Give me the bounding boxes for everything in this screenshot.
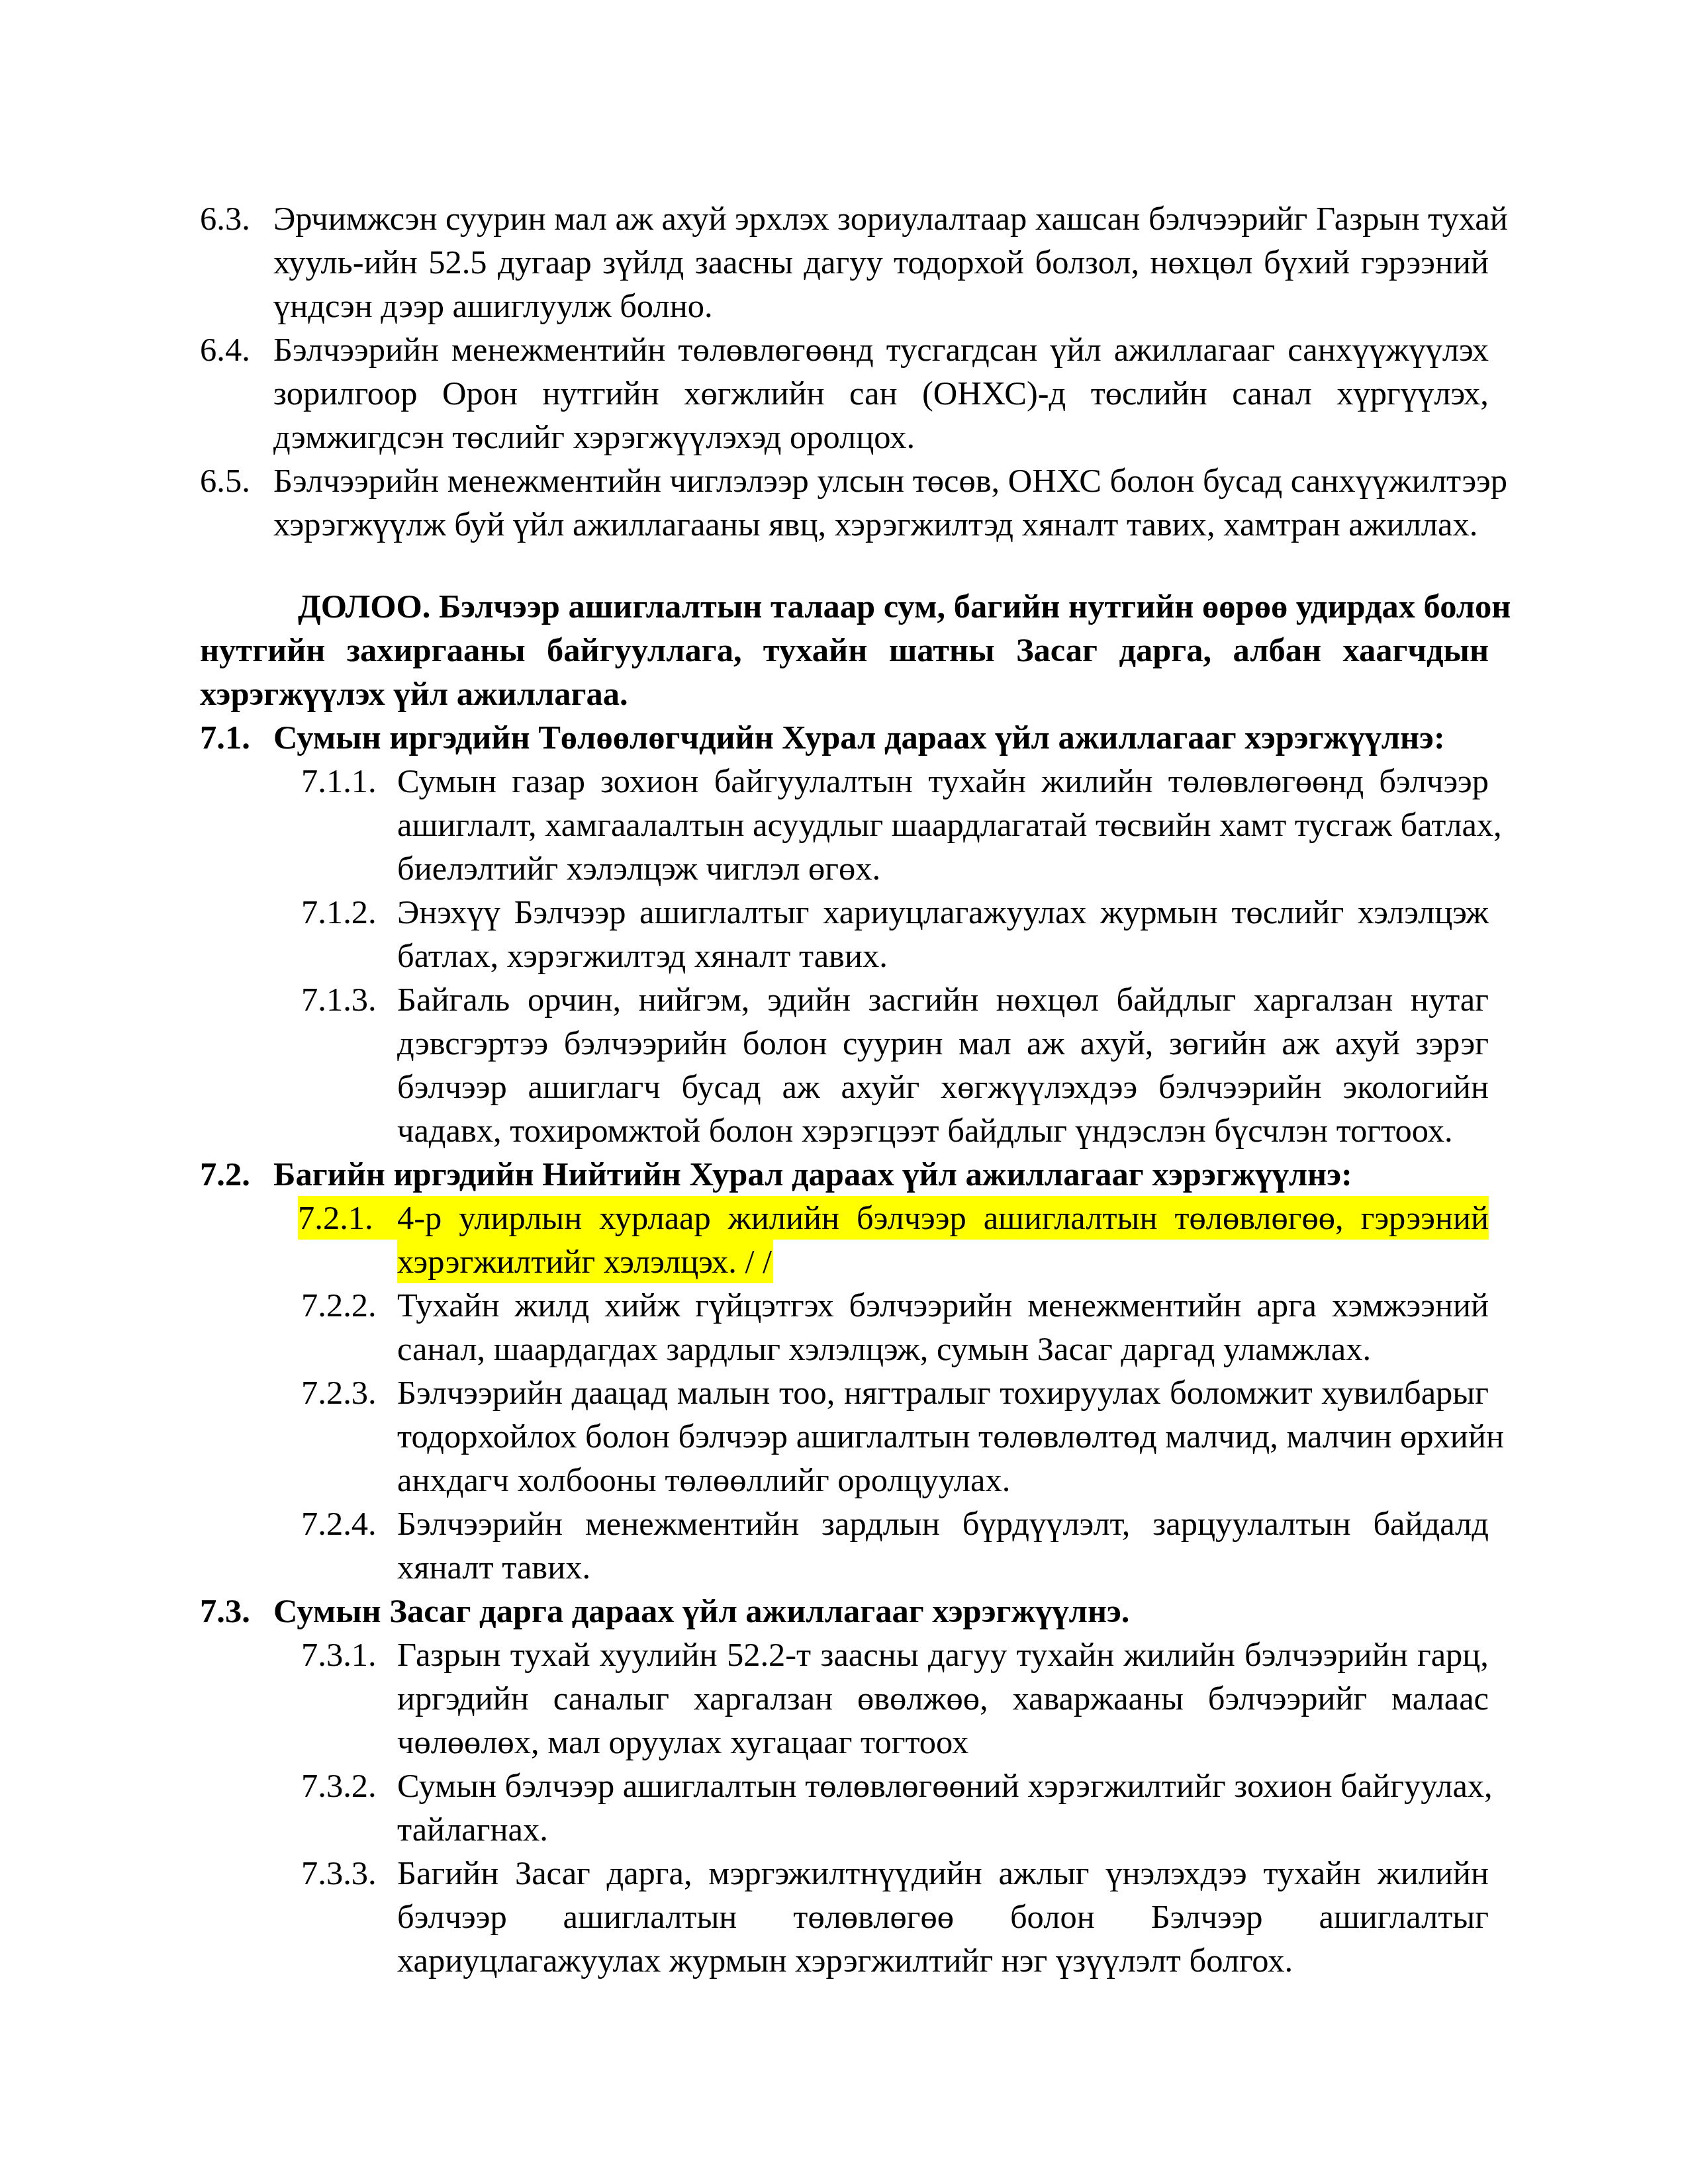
paragraph-line-text: зорилгоор Орон нутгийн хөгжлийн сан (ОНХ… — [273, 371, 1489, 415]
subitem-line-text: Багийн Засаг дарга, мэргэжилтнүүдийн ажл… — [397, 1851, 1489, 1895]
subitem-line: Газрын тухай хуулийн 52.2-т заасны дагуу… — [397, 1633, 1489, 1676]
paragraph-line: Эрчимжсэн суурин мал аж ахуй эрхлэх зори… — [273, 197, 1489, 240]
subitem-line: чадавх, тохиромжтой болон хэрэгцээт байд… — [397, 1109, 1489, 1152]
subitem-line-text: Байгаль орчин, нийгэм, эдийн засгийн нөх… — [397, 978, 1489, 1021]
subitem-line-text: чөлөөлөх, мал оруулах хугацааг тогтоох — [397, 1720, 1489, 1764]
subitem-line: дэвсгэртээ бэлчээрийн болон суурин мал а… — [397, 1021, 1489, 1065]
chapter-heading-line: хэрэгжүүлэх үйл ажиллагаа. — [200, 672, 1489, 715]
subitem-line: Сумын газар зохион байгуулалтын тухайн ж… — [397, 759, 1489, 803]
paragraph-line-text: хэрэгжүүлж буй үйл ажиллагааны явц, хэрэ… — [273, 502, 1489, 546]
subitem-line-text: Сумын газар зохион байгуулалтын тухайн ж… — [397, 759, 1489, 803]
subitem-line-text: 4-р улирлын хурлаар жилийн бэлчээр ашигл… — [397, 1196, 1489, 1240]
subitem-line-text: Тухайн жилд хийж гүйцэтгэх бэлчээрийн ме… — [397, 1283, 1489, 1327]
chapter-heading-line: ДОЛОО. Бэлчээр ашиглалтын талаар сум, ба… — [298, 584, 1489, 628]
section-title: Багийн иргэдийн Нийтийн Хурал дараах үйл… — [273, 1152, 1489, 1196]
paragraph-line: Бэлчээрийн менежментийн төлөвлөгөөнд тус… — [273, 328, 1489, 371]
subitem-line: Энэхүү Бэлчээр ашиглалтыг хариуцлагажуул… — [397, 890, 1489, 934]
subitem-line: анхдагч холбооны төлөөллийг оролцуулах. — [397, 1458, 1489, 1502]
subitem-line-text: Энэхүү Бэлчээр ашиглалтыг хариуцлагажуул… — [397, 890, 1489, 934]
subitem-line-text: санал, шаардагдах зардлыг хэлэлцэж, сумы… — [397, 1327, 1489, 1371]
paragraph-line-text: Бэлчээрийн менежментийн төлөвлөгөөнд тус… — [273, 328, 1489, 371]
subitem-line-text: хэрэгжилтийг хэлэлцэх. / / — [397, 1240, 772, 1283]
subitem-line: хяналт тавих. — [397, 1545, 1489, 1589]
subitem-number: 7.2.3. — [301, 1371, 377, 1414]
item-number: 6.5. — [200, 459, 250, 502]
paragraph-line-text: дэмжигдсэн төслийг хэрэгжүүлэхэд оролцох… — [273, 415, 1489, 459]
subitem-line: бэлчээр ашиглалтын төлөвлөгөө болон Бэлч… — [397, 1895, 1489, 1938]
subitem-line-text: тодорхойлох болон бэлчээр ашиглалтын төл… — [397, 1414, 1489, 1458]
subitem-number: 7.2.2. — [301, 1283, 377, 1327]
subitem-line-text: иргэдийн саналыг харгалзан өвөлжөө, хава… — [397, 1676, 1489, 1720]
subitem-line: санал, шаардагдах зардлыг хэлэлцэж, сумы… — [397, 1327, 1489, 1371]
subitem-number: 7.1.3. — [301, 978, 377, 1021]
section-title-text: Сумын иргэдийн Төлөөлөгчдийн Хурал дараа… — [273, 715, 1489, 759]
subitem-line-text: Бэлчээрийн даацад малын тоо, нягтралыг т… — [397, 1371, 1489, 1414]
subitem-number: 7.2.1. — [298, 1196, 397, 1240]
paragraph-line: зорилгоор Орон нутгийн хөгжлийн сан (ОНХ… — [273, 371, 1489, 415]
subitem-line-text: тайлагнах. — [397, 1807, 1489, 1851]
subitem-number: 7.3.3. — [301, 1851, 377, 1895]
subitem-number: 7.3.1. — [301, 1633, 377, 1676]
subitem-line-text: ашиглалт, хамгаалалтын асуудлыг шаардлаг… — [397, 803, 1489, 846]
subitem-line: 4-р улирлын хурлаар жилийн бэлчээр ашигл… — [397, 1196, 1489, 1240]
subitem-line: чөлөөлөх, мал оруулах хугацааг тогтоох — [397, 1720, 1489, 1764]
subitem-number: 7.3.2. — [301, 1764, 377, 1807]
subitem-line-text: хариуцлагажуулах журмын хэрэгжилтийг нэг… — [397, 1938, 1489, 1982]
subitem-line-text: анхдагч холбооны төлөөллийг оролцуулах. — [397, 1458, 1489, 1502]
chapter-heading-line-text: ДОЛОО. Бэлчээр ашиглалтын талаар сум, ба… — [298, 584, 1489, 628]
paragraph-line-text: үндсэн дээр ашиглуулж болно. — [273, 284, 1489, 328]
section-title: Сумын Засаг дарга дараах үйл ажиллагааг … — [273, 1589, 1489, 1633]
paragraph-line-text: хууль-ийн 52.5 дугаар зүйлд заасны дагуу… — [273, 240, 1489, 284]
item-number: 6.3. — [200, 197, 250, 240]
subitem-line: хариуцлагажуулах журмын хэрэгжилтийг нэг… — [397, 1938, 1489, 1982]
subitem-line: Сумын бэлчээр ашиглалтын төлөвлөгөөний х… — [397, 1764, 1489, 1807]
item-number: 6.4. — [200, 328, 250, 371]
subitem-number: 7.1.2. — [301, 890, 377, 934]
chapter-heading-line-text: нутгийн захиргааны байгууллага, тухайн ш… — [200, 628, 1489, 672]
subitem-line: иргэдийн саналыг харгалзан өвөлжөө, хава… — [397, 1676, 1489, 1720]
subitem-line-text: бэлчээр ашиглагч бусад аж ахуйг хөгжүүлэ… — [397, 1065, 1489, 1109]
section-title-text: Багийн иргэдийн Нийтийн Хурал дараах үйл… — [273, 1152, 1489, 1196]
chapter-heading-line: нутгийн захиргааны байгууллага, тухайн ш… — [200, 628, 1489, 672]
subitem-line: Багийн Засаг дарга, мэргэжилтнүүдийн ажл… — [397, 1851, 1489, 1895]
subitem-line-text: Газрын тухай хуулийн 52.2-т заасны дагуу… — [397, 1633, 1489, 1676]
subitem-line: Бэлчээрийн менежментийн зардлын бүрдүүлэ… — [397, 1502, 1489, 1545]
section-title: Сумын иргэдийн Төлөөлөгчдийн Хурал дараа… — [273, 715, 1489, 759]
subitem-line-text: Сумын бэлчээр ашиглалтын төлөвлөгөөний х… — [397, 1764, 1489, 1807]
section-number: 7.1. — [200, 715, 250, 759]
subitem-line-text: чадавх, тохиромжтой болон хэрэгцээт байд… — [397, 1109, 1489, 1152]
subitem-line: тодорхойлох болон бэлчээр ашиглалтын төл… — [397, 1414, 1489, 1458]
subitem-line: биелэлтийг хэлэлцэж чиглэл өгөх. — [397, 846, 1489, 890]
paragraph-line: хэрэгжүүлж буй үйл ажиллагааны явц, хэрэ… — [273, 502, 1489, 546]
subitem-line: бэлчээр ашиглагч бусад аж ахуйг хөгжүүлэ… — [397, 1065, 1489, 1109]
section-number: 7.2. — [200, 1152, 250, 1196]
subitem-line: хэрэгжилтийг хэлэлцэх. / / — [397, 1240, 773, 1283]
paragraph-line: хууль-ийн 52.5 дугаар зүйлд заасны дагуу… — [273, 240, 1489, 284]
subitem-line-text: батлах, хэрэгжилтэд хяналт тавих. — [397, 934, 1489, 978]
section-title-text: Сумын Засаг дарга дараах үйл ажиллагааг … — [273, 1589, 1489, 1633]
paragraph-line: Бэлчээрийн менежментийн чиглэлээр улсын … — [273, 459, 1489, 502]
paragraph-line-text: Эрчимжсэн суурин мал аж ахуй эрхлэх зори… — [273, 197, 1489, 240]
subitem-line: Байгаль орчин, нийгэм, эдийн засгийн нөх… — [397, 978, 1489, 1021]
subitem-number: 7.2.4. — [301, 1502, 377, 1545]
chapter-heading-line-text: хэрэгжүүлэх үйл ажиллагаа. — [200, 672, 1489, 715]
subitem-line: батлах, хэрэгжилтэд хяналт тавих. — [397, 934, 1489, 978]
paragraph-line: үндсэн дээр ашиглуулж болно. — [273, 284, 1489, 328]
paragraph-line: дэмжигдсэн төслийг хэрэгжүүлэхэд оролцох… — [273, 415, 1489, 459]
subitem-line: ашиглалт, хамгаалалтын асуудлыг шаардлаг… — [397, 803, 1489, 846]
paragraph-line-text: Бэлчээрийн менежментийн чиглэлээр улсын … — [273, 459, 1489, 502]
subitem-number: 7.1.1. — [301, 759, 377, 803]
document-page: 6.3.Эрчимжсэн суурин мал аж ахуй эрхлэх … — [0, 0, 1688, 2184]
subitem-line-text: хяналт тавих. — [397, 1545, 1489, 1589]
subitem-line-text: Бэлчээрийн менежментийн зардлын бүрдүүлэ… — [397, 1502, 1489, 1545]
subitem-line-text: дэвсгэртээ бэлчээрийн болон суурин мал а… — [397, 1021, 1489, 1065]
subitem-line: тайлагнах. — [397, 1807, 1489, 1851]
subitem-line: Тухайн жилд хийж гүйцэтгэх бэлчээрийн ме… — [397, 1283, 1489, 1327]
section-number: 7.3. — [200, 1589, 250, 1633]
subitem-line-text: бэлчээр ашиглалтын төлөвлөгөө болон Бэлч… — [397, 1895, 1489, 1938]
subitem-line: Бэлчээрийн даацад малын тоо, нягтралыг т… — [397, 1371, 1489, 1414]
subitem-line-text: биелэлтийг хэлэлцэж чиглэл өгөх. — [397, 846, 1489, 890]
